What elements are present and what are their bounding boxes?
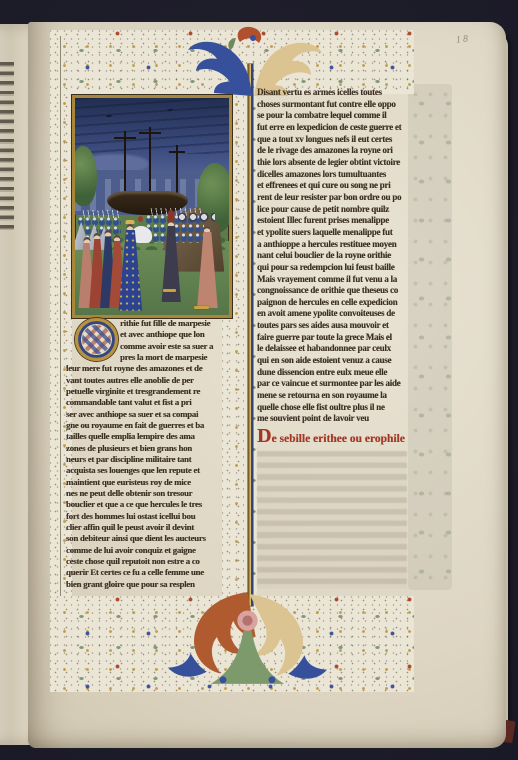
folio-number: 18 bbox=[455, 33, 470, 46]
text-line: faire guerre par toute la grece Mais el bbox=[257, 332, 415, 344]
text-line: Mais vrayement comme il fut venu a la bbox=[257, 274, 415, 286]
miniature-painting bbox=[72, 95, 232, 318]
text-line: congnoissance de orithie que theseus co bbox=[257, 285, 415, 297]
text-line: bien grant gloire que pour sa resplen bbox=[66, 579, 226, 590]
text-line: dune dissencion entre eulx meue elle bbox=[257, 367, 415, 379]
figure-label-gold bbox=[163, 289, 176, 292]
text-line: qui en son aide estoient venuz a cause bbox=[257, 355, 415, 367]
text-line: tailles quelle emplia lempire des ama bbox=[66, 431, 226, 442]
men-behind bbox=[178, 213, 215, 223]
text-line: et avec anthiope que lon bbox=[66, 329, 226, 340]
text-line: acquista ses louenges que len repute et bbox=[66, 465, 226, 476]
ship-mast bbox=[176, 145, 178, 197]
verso-text-showthrough bbox=[257, 451, 407, 589]
text-line: nant celui bouclier de la royne orithie bbox=[257, 250, 415, 262]
manuscript-photo: 18 bbox=[0, 0, 518, 760]
text-line: que a tout xv longues nefs il eut certes bbox=[257, 134, 415, 146]
right-text-column: Disant vertu es armes icelles touteschos… bbox=[257, 87, 415, 589]
figure-label-gold bbox=[194, 306, 209, 309]
text-line: comme de lui avoir conquiz et gaigne bbox=[66, 545, 226, 556]
text-line: de le rivage des amazones la royne ori bbox=[257, 145, 415, 157]
text-line: par ce vaincue et surmontee par les aide bbox=[257, 378, 415, 390]
lady-ypolite bbox=[197, 226, 219, 308]
left-text-column: rithie fut fille de marpesieet avec anth… bbox=[66, 318, 226, 590]
text-line: nes ne peut delle obtenir son tresour bbox=[66, 488, 226, 499]
text-line: son debiteur ainsi que dient les aucteur… bbox=[66, 533, 226, 544]
text-line: paignon de hercules en celle expedicion bbox=[257, 297, 415, 309]
text-line: quelle chose elle fist oultre plus il ne bbox=[257, 402, 415, 414]
text-line: choses surmontant fut contre elle oppo bbox=[257, 99, 415, 111]
ship-mast bbox=[149, 127, 151, 198]
text-line: estoient Illec furent prises menalippe bbox=[257, 215, 415, 227]
text-line: qui pour sa redempcion lui feust baille bbox=[257, 262, 415, 274]
text-line: comme avoir este sa suer a bbox=[66, 341, 226, 352]
border-bar bbox=[248, 64, 253, 606]
text-line: toutes pars ses aides ausa mouvoir et bbox=[257, 320, 415, 332]
left-indented-lines: rithie fut fille de marpesieet avec anth… bbox=[66, 318, 226, 363]
tree bbox=[72, 146, 97, 207]
text-line: vant toutes autres elle anoblie de per bbox=[66, 375, 226, 386]
text-line: leur mere fut royne des amazones et de bbox=[66, 363, 226, 374]
text-line: en avoit amene ypolite convoiteuses de bbox=[257, 308, 415, 320]
manuscript-page: 18 bbox=[28, 22, 506, 748]
text-line: rithie fut fille de marpesie bbox=[66, 318, 226, 329]
acanthus-ornament-bottom-icon bbox=[145, 586, 350, 692]
text-line: fort des hommes lui ostast icellui bou bbox=[66, 511, 226, 522]
text-line: a anthioppe a hercules restituee moyen bbox=[257, 239, 415, 251]
crown-icon bbox=[126, 220, 135, 224]
illuminated-area: O rithie fut fille de marpesieet avec an… bbox=[50, 30, 414, 692]
right-lines: Disant vertu es armes icelles touteschos… bbox=[257, 87, 415, 425]
text-line: ceste chose quil reputoit non estre a co bbox=[66, 556, 226, 567]
text-line: rent de leur resister par bon ordre ou p… bbox=[257, 192, 415, 204]
text-line: neurs et par discipline militaire tant bbox=[66, 454, 226, 465]
text-line: le delaissee et habandonnee par ceulx bbox=[257, 343, 415, 355]
text-line: fut erre en lexpedicion de ceste guerre … bbox=[257, 122, 415, 134]
facing-page-text-showthrough bbox=[0, 62, 14, 232]
text-line: querir Et certes ce fu a celle femme une bbox=[66, 567, 226, 578]
text-line: mene se retourna en son royaume la bbox=[257, 390, 415, 402]
red-hat-icon bbox=[168, 210, 175, 221]
text-line: se pour la combatre lequel comme il bbox=[257, 110, 415, 122]
text-line: dicelles amazones lors tumultuantes bbox=[257, 169, 415, 181]
text-line: thie lors absente de legier obtint victo… bbox=[257, 157, 415, 169]
amazon-queen bbox=[118, 224, 143, 311]
text-line: et ypolite suers laquelle menalippe fut bbox=[257, 227, 415, 239]
ship-yard bbox=[114, 137, 135, 139]
ship-yard bbox=[139, 132, 160, 134]
text-line: commandable tant valut et fist a pri bbox=[66, 397, 226, 408]
text-line: et effrenees et qui cure ou song ne pri bbox=[257, 180, 415, 192]
text-line: gne ou royaume en fait de guerres et ba bbox=[66, 420, 226, 431]
text-line: maintient que euristeus roy de mice bbox=[66, 477, 226, 488]
text-line: Disant vertu es armes icelles toutes bbox=[257, 87, 415, 99]
text-line: zones de plusieurs et bien grans hon bbox=[66, 443, 226, 454]
text-line: lice pour cause de petit nombre quilz bbox=[257, 204, 415, 216]
left-lines: leur mere fut royne des amazones et deva… bbox=[66, 363, 226, 590]
text-line: me souvient point de lavoir veu bbox=[257, 413, 415, 425]
chapter-rubric: De sebille erithee ou erophile bbox=[257, 428, 415, 447]
text-line: clier affin quil le peust avoir il devin… bbox=[66, 522, 226, 533]
text-line: bouclier et que a ce que hercules le tre… bbox=[66, 499, 226, 510]
ship-yard bbox=[169, 151, 185, 153]
ship-mast bbox=[124, 131, 126, 198]
text-line: ser avec anthiope sa suer et sa compai bbox=[66, 409, 226, 420]
text-line: petuelle virginite et tresgrandement re bbox=[66, 386, 226, 397]
text-line: pres la mort de marpesie bbox=[66, 352, 226, 363]
